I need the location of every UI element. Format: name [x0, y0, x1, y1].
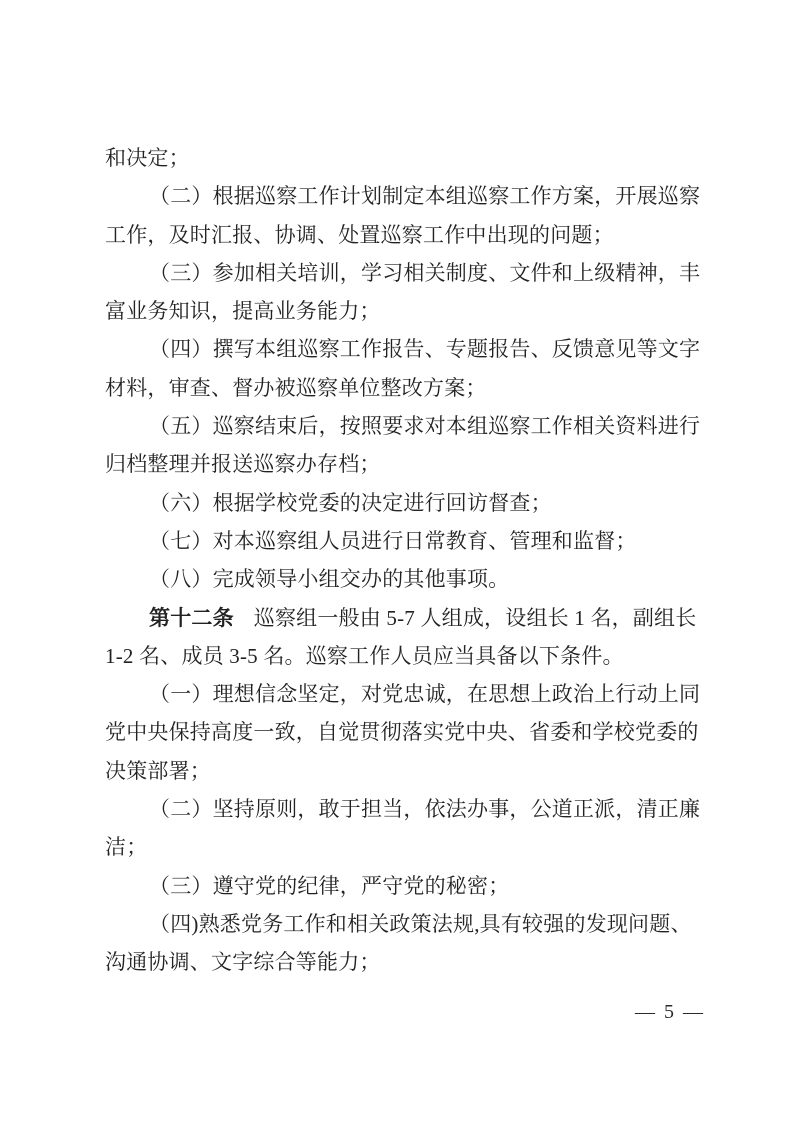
paragraph: （七）对本巡察组人员进行日常教育、管理和监督； [105, 522, 703, 560]
text-line: （三）参加相关培训，学习相关制度、文件和上级精神，丰 [105, 254, 703, 292]
paragraph-article-12: 第十二条巡察组一般由 5-7 人组成，设组长 1 名，副组长 1-2 名、成员 … [105, 599, 703, 676]
article-text: 巡察组一般由 5-7 人组成，设组长 1 名，副组长 [254, 606, 697, 630]
text-line: 工作，及时汇报、协调、处置巡察工作中出现的问题； [105, 216, 703, 254]
text-line: （四）撰写本组巡察工作报告、专题报告、反馈意见等文字 [105, 330, 703, 368]
article-number-bold: 第十二条 [149, 606, 234, 630]
text-line: （七）对本巡察组人员进行日常教育、管理和监督； [105, 522, 703, 560]
paragraph: （六）根据学校党委的决定进行回访督查； [105, 484, 703, 522]
text-line: （二）坚持原则，敢于担当，依法办事，公道正派，清正廉 [105, 790, 703, 828]
text-line: （六）根据学校党委的决定进行回访督查； [105, 484, 703, 522]
text-line: 1-2 名、成员 3-5 名。巡察工作人员应当具备以下条件。 [105, 637, 703, 675]
paragraph: （三）遵守党的纪律，严守党的秘密； [105, 867, 703, 905]
text-line: 富业务知识，提高业务能力； [105, 292, 703, 330]
text-line: （二）根据巡察工作计划制定本组巡察工作方案，开展巡察 [105, 177, 703, 215]
paragraph: 和决定； [105, 139, 703, 177]
footer-dash-right: — [683, 1001, 703, 1023]
document-page: 和决定； （二）根据巡察工作计划制定本组巡察工作方案，开展巡察 工作，及时汇报、… [0, 0, 793, 1122]
footer-dash-left: — [635, 1001, 655, 1023]
document-body: 和决定； （二）根据巡察工作计划制定本组巡察工作方案，开展巡察 工作，及时汇报、… [105, 139, 703, 982]
paragraph: （四)熟悉党务工作和相关政策法规,具有较强的发现问题、 沟通协调、文字综合等能力… [105, 905, 703, 982]
paragraph: （二）坚持原则，敢于担当，依法办事，公道正派，清正廉 洁； [105, 790, 703, 867]
text-line: （四)熟悉党务工作和相关政策法规,具有较强的发现问题、 [105, 905, 703, 943]
paragraph: （一）理想信念坚定，对党忠诚，在思想上政治上行动上同 党中央保持高度一致，自觉贯… [105, 675, 703, 790]
text-line: （八）完成领导小组交办的其他事项。 [105, 560, 703, 598]
text-line: 和决定； [105, 139, 703, 177]
paragraph: （三）参加相关培训，学习相关制度、文件和上级精神，丰 富业务知识，提高业务能力； [105, 254, 703, 331]
text-line: 归档整理并报送巡察办存档； [105, 445, 703, 483]
text-line: 材料，审查、督办被巡察单位整改方案； [105, 369, 703, 407]
text-line: 第十二条巡察组一般由 5-7 人组成，设组长 1 名，副组长 [105, 599, 703, 637]
paragraph: （四）撰写本组巡察工作报告、专题报告、反馈意见等文字 材料，审查、督办被巡察单位… [105, 330, 703, 407]
text-line: （一）理想信念坚定，对党忠诚，在思想上政治上行动上同 [105, 675, 703, 713]
text-line: 洁； [105, 828, 703, 866]
page-footer: —5— [105, 999, 703, 1025]
text-line: 沟通协调、文字综合等能力； [105, 943, 703, 981]
text-line: （三）遵守党的纪律，严守党的秘密； [105, 867, 703, 905]
text-line: 决策部署； [105, 752, 703, 790]
text-line: （五）巡察结束后，按照要求对本组巡察工作相关资料进行 [105, 407, 703, 445]
paragraph: （五）巡察结束后，按照要求对本组巡察工作相关资料进行 归档整理并报送巡察办存档； [105, 407, 703, 484]
paragraph: （二）根据巡察工作计划制定本组巡察工作方案，开展巡察 工作，及时汇报、协调、处置… [105, 177, 703, 254]
page-number: 5 [664, 1001, 674, 1023]
text-line: 党中央保持高度一致，自觉贯彻落实党中央、省委和学校党委的 [105, 713, 703, 751]
paragraph: （八）完成领导小组交办的其他事项。 [105, 560, 703, 598]
